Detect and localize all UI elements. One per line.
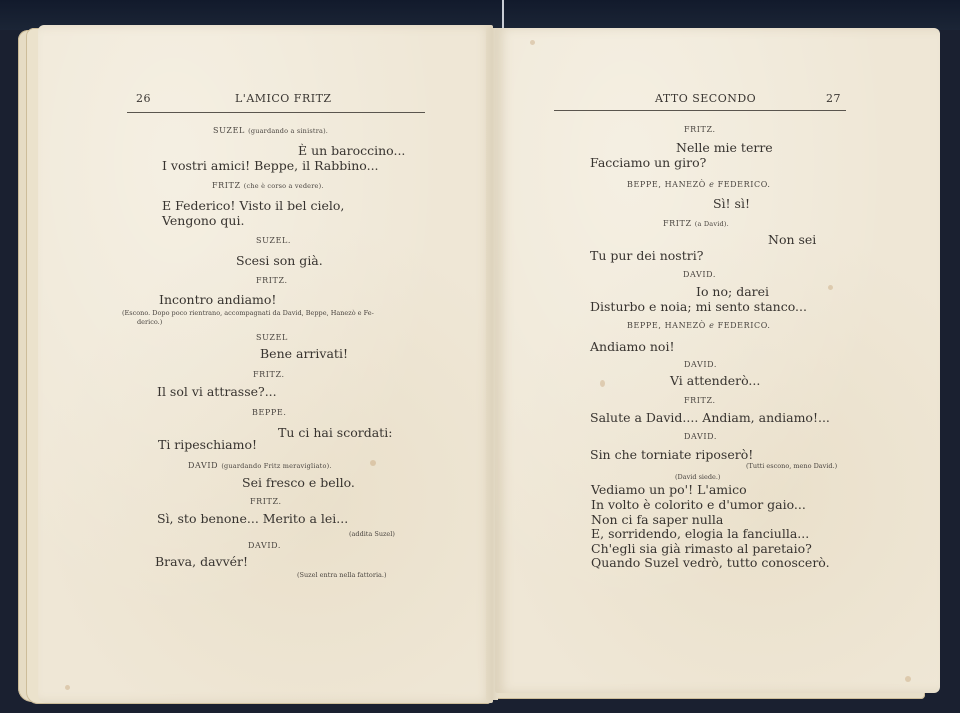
verse-line: Andiamo noi! [590, 339, 674, 354]
verse-line: In volto è colorito e d'umor gaio... [591, 497, 806, 512]
background-stripe [502, 0, 504, 30]
header-rule-right [554, 110, 846, 111]
page-number-left: 26 [136, 92, 151, 105]
speaker-line: BEPPE. [252, 408, 286, 417]
verse-line: E Federico! Visto il bel cielo, [162, 198, 344, 213]
speaker-line: FRITZ. [684, 125, 716, 134]
speaker-line: DAVID. [683, 270, 716, 279]
verse-line: Bene arrivati! [260, 346, 348, 361]
verse-line: E, sorridendo, elogia la fanciulla... [591, 526, 809, 541]
speaker-line: DAVID. [684, 360, 717, 369]
verse-line: Vi attenderò... [670, 373, 760, 388]
foxing-spot [828, 285, 833, 290]
verse-line: Sì, sto benone... Merito a lei... [157, 511, 348, 526]
speaker-line: BEPPE, HANEZÒ e FEDERICO. [627, 180, 771, 189]
header-rule-left [127, 112, 425, 113]
foxing-spot [65, 685, 70, 690]
stage-direction: derico.) [137, 318, 162, 326]
verse-line: Sei fresco e bello. [242, 475, 355, 490]
speaker-line: FRITZ (che è corso a vedere). [212, 181, 324, 190]
verse-line: Sì! sì! [713, 196, 750, 211]
foxing-spot [600, 380, 605, 387]
verse-line: Facciamo un giro? [590, 155, 706, 170]
verse-line: È un baroccino... [298, 143, 405, 158]
speaker-line: FRITZ. [253, 370, 285, 379]
verse-line: Non ci fa saper nulla [591, 512, 723, 527]
verse-line: Vediamo un po'! L'amico [591, 482, 747, 497]
speaker-line: FRITZ (a David). [663, 219, 729, 228]
verse-line: Scesi son già. [236, 253, 323, 268]
verse-line: Vengono qui. [162, 213, 244, 228]
verse-line: Il sol vi attrasse?... [157, 384, 277, 399]
verse-line: Tu pur dei nostri? [590, 248, 703, 263]
speaker-line: FRITZ. [250, 497, 282, 506]
stage-direction: (David siede.) [675, 473, 720, 481]
foxing-spot [370, 460, 376, 466]
verse-line: Quando Suzel vedrò, tutto conoscerò. [591, 555, 830, 570]
speaker-line: FRITZ. [684, 396, 716, 405]
stage-direction: (addita Suzel) [349, 530, 395, 538]
page-number-right: 27 [826, 92, 841, 105]
speaker-line: SUZEL. [256, 236, 291, 245]
foxing-spot [905, 676, 911, 682]
stage-direction: (Suzel entra nella fattoria.) [297, 571, 387, 579]
running-head-right: ATTO SECONDO [655, 92, 756, 105]
speaker-line: SUZEL [256, 333, 288, 342]
right-page [495, 28, 940, 693]
verse-line: Tu ci hai scordati: [278, 425, 392, 440]
verse-line: I vostri amici! Beppe, il Rabbino... [162, 158, 379, 173]
speaker-line: FRITZ. [256, 276, 288, 285]
verse-line: Io no; darei [696, 284, 769, 299]
stage-direction: (Escono. Dopo poco rientrano, accompagna… [122, 309, 374, 317]
stage-direction: (Tutti escono, meno David.) [746, 462, 837, 470]
verse-line: Salute a David.... Andiam, andiamo!... [590, 410, 830, 425]
verse-line: Brava, davvér! [155, 554, 248, 569]
speaker-line: DAVID (guardando Fritz meravigliato). [188, 461, 332, 470]
verse-line: Ch'egli sia già rimasto al paretaio? [591, 541, 812, 556]
verse-line: Sin che torniate riposerò! [590, 447, 753, 462]
verse-line: Ti ripeschiamo! [158, 437, 257, 452]
verse-line: Non sei [768, 232, 816, 247]
speaker-line: BEPPE, HANEZÒ e FEDERICO. [627, 321, 771, 330]
verse-line: Nelle mie terre [676, 140, 773, 155]
verse-line: Incontro andiamo! [159, 292, 276, 307]
speaker-line: DAVID. [248, 541, 281, 550]
speaker-line: SUZEL (guardando a sinistra). [213, 126, 328, 135]
verse-line: Disturbo e noia; mi sento stanco... [590, 299, 807, 314]
foxing-spot [530, 40, 535, 45]
running-head-left: L'AMICO FRITZ [235, 92, 332, 105]
speaker-line: DAVID. [684, 432, 717, 441]
